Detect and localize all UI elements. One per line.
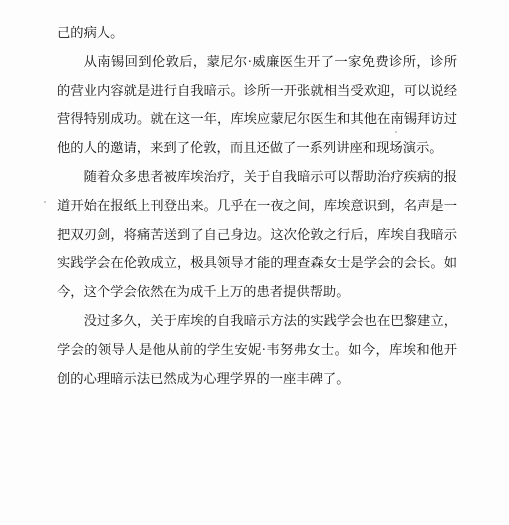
paragraph: 没过多久，关于库埃的自我暗示方法的实践学会也在巴黎建立，学会的领导人是他从前的学… xyxy=(57,307,457,393)
paragraph: 从南锡回到伦敦后，蒙尼尔·威廉医生开了一家免费诊所，诊所的营业内容就是进行自我暗… xyxy=(57,48,457,163)
scan-speck xyxy=(44,201,46,203)
scan-speck xyxy=(395,131,397,133)
paragraph: 随着众多患者被库埃治疗，关于自我暗示可以帮助治疗疾病的报道开始在报纸上刊登出来。… xyxy=(57,163,457,307)
page-text: 己的病人。 从南锡回到伦敦后，蒙尼尔·威廉医生开了一家免费诊所，诊所的营业内容就… xyxy=(57,19,457,393)
paragraph-continuation: 己的病人。 xyxy=(57,19,457,48)
book-page: 己的病人。 从南锡回到伦敦后，蒙尼尔·威廉医生开了一家免费诊所，诊所的营业内容就… xyxy=(0,0,509,525)
